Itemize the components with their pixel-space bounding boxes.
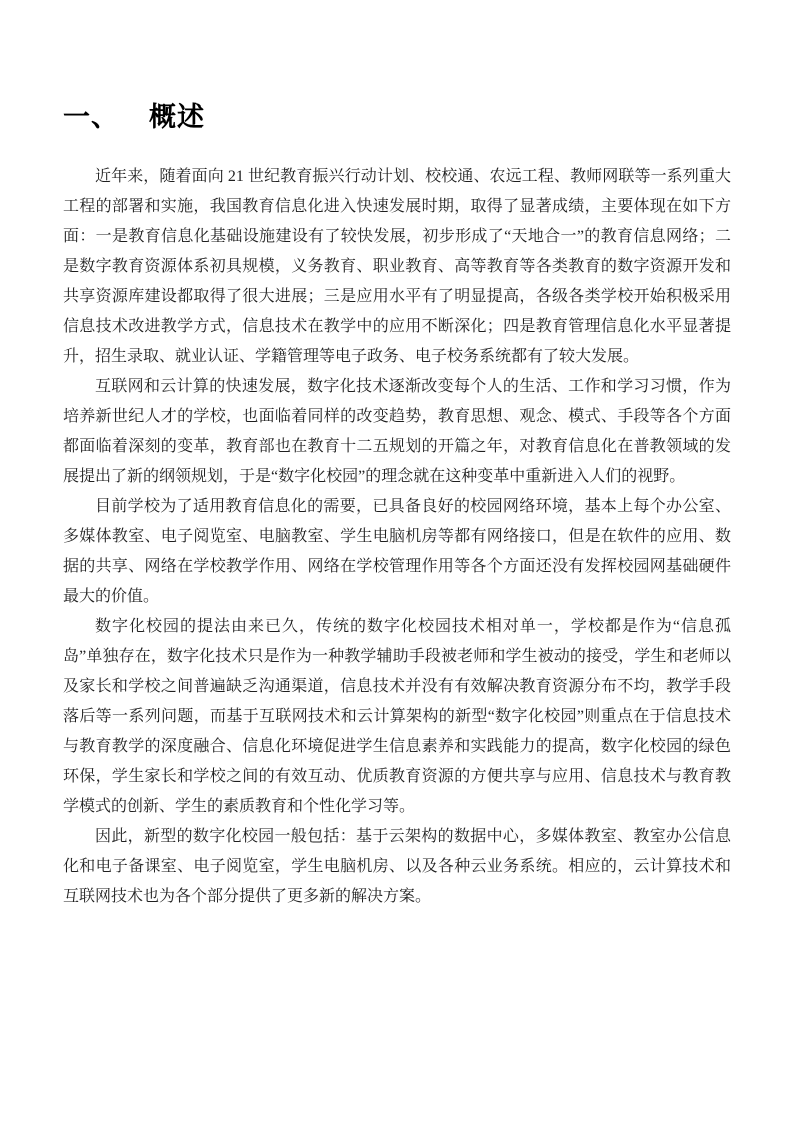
body-paragraph: 近年来，随着面向 21 世纪教育振兴行动计划、校校通、农远工程、教师网联等一系列… bbox=[63, 162, 731, 372]
body-text: 近年来，随着面向 21 世纪教育振兴行动计划、校校通、农远工程、教师网联等一系列… bbox=[63, 162, 731, 912]
body-paragraph: 数字化校园的提法由来已久，传统的数字化校园技术相对单一，学校都是作为“信息孤岛”… bbox=[63, 612, 731, 822]
body-paragraph: 因此，新型的数字化校园一般包括：基于云架构的数据中心，多媒体教室、教室办公信息化… bbox=[63, 822, 731, 912]
body-paragraph: 目前学校为了适用教育信息化的需要，已具备良好的校园网络环境，基本上每个办公室、多… bbox=[63, 492, 731, 612]
section-heading: 一、概述 bbox=[63, 100, 731, 134]
body-paragraph: 互联网和云计算的快速发展，数字化技术逐渐改变每个人的生活、工作和学习习惯，作为培… bbox=[63, 372, 731, 492]
document-page: 一、概述 近年来，随着面向 21 世纪教育振兴行动计划、校校通、农远工程、教师网… bbox=[0, 0, 793, 1122]
document-content: 一、概述 近年来，随着面向 21 世纪教育振兴行动计划、校校通、农远工程、教师网… bbox=[63, 100, 731, 912]
section-heading-title: 概述 bbox=[149, 102, 205, 132]
section-heading-number: 一、 bbox=[63, 100, 119, 134]
